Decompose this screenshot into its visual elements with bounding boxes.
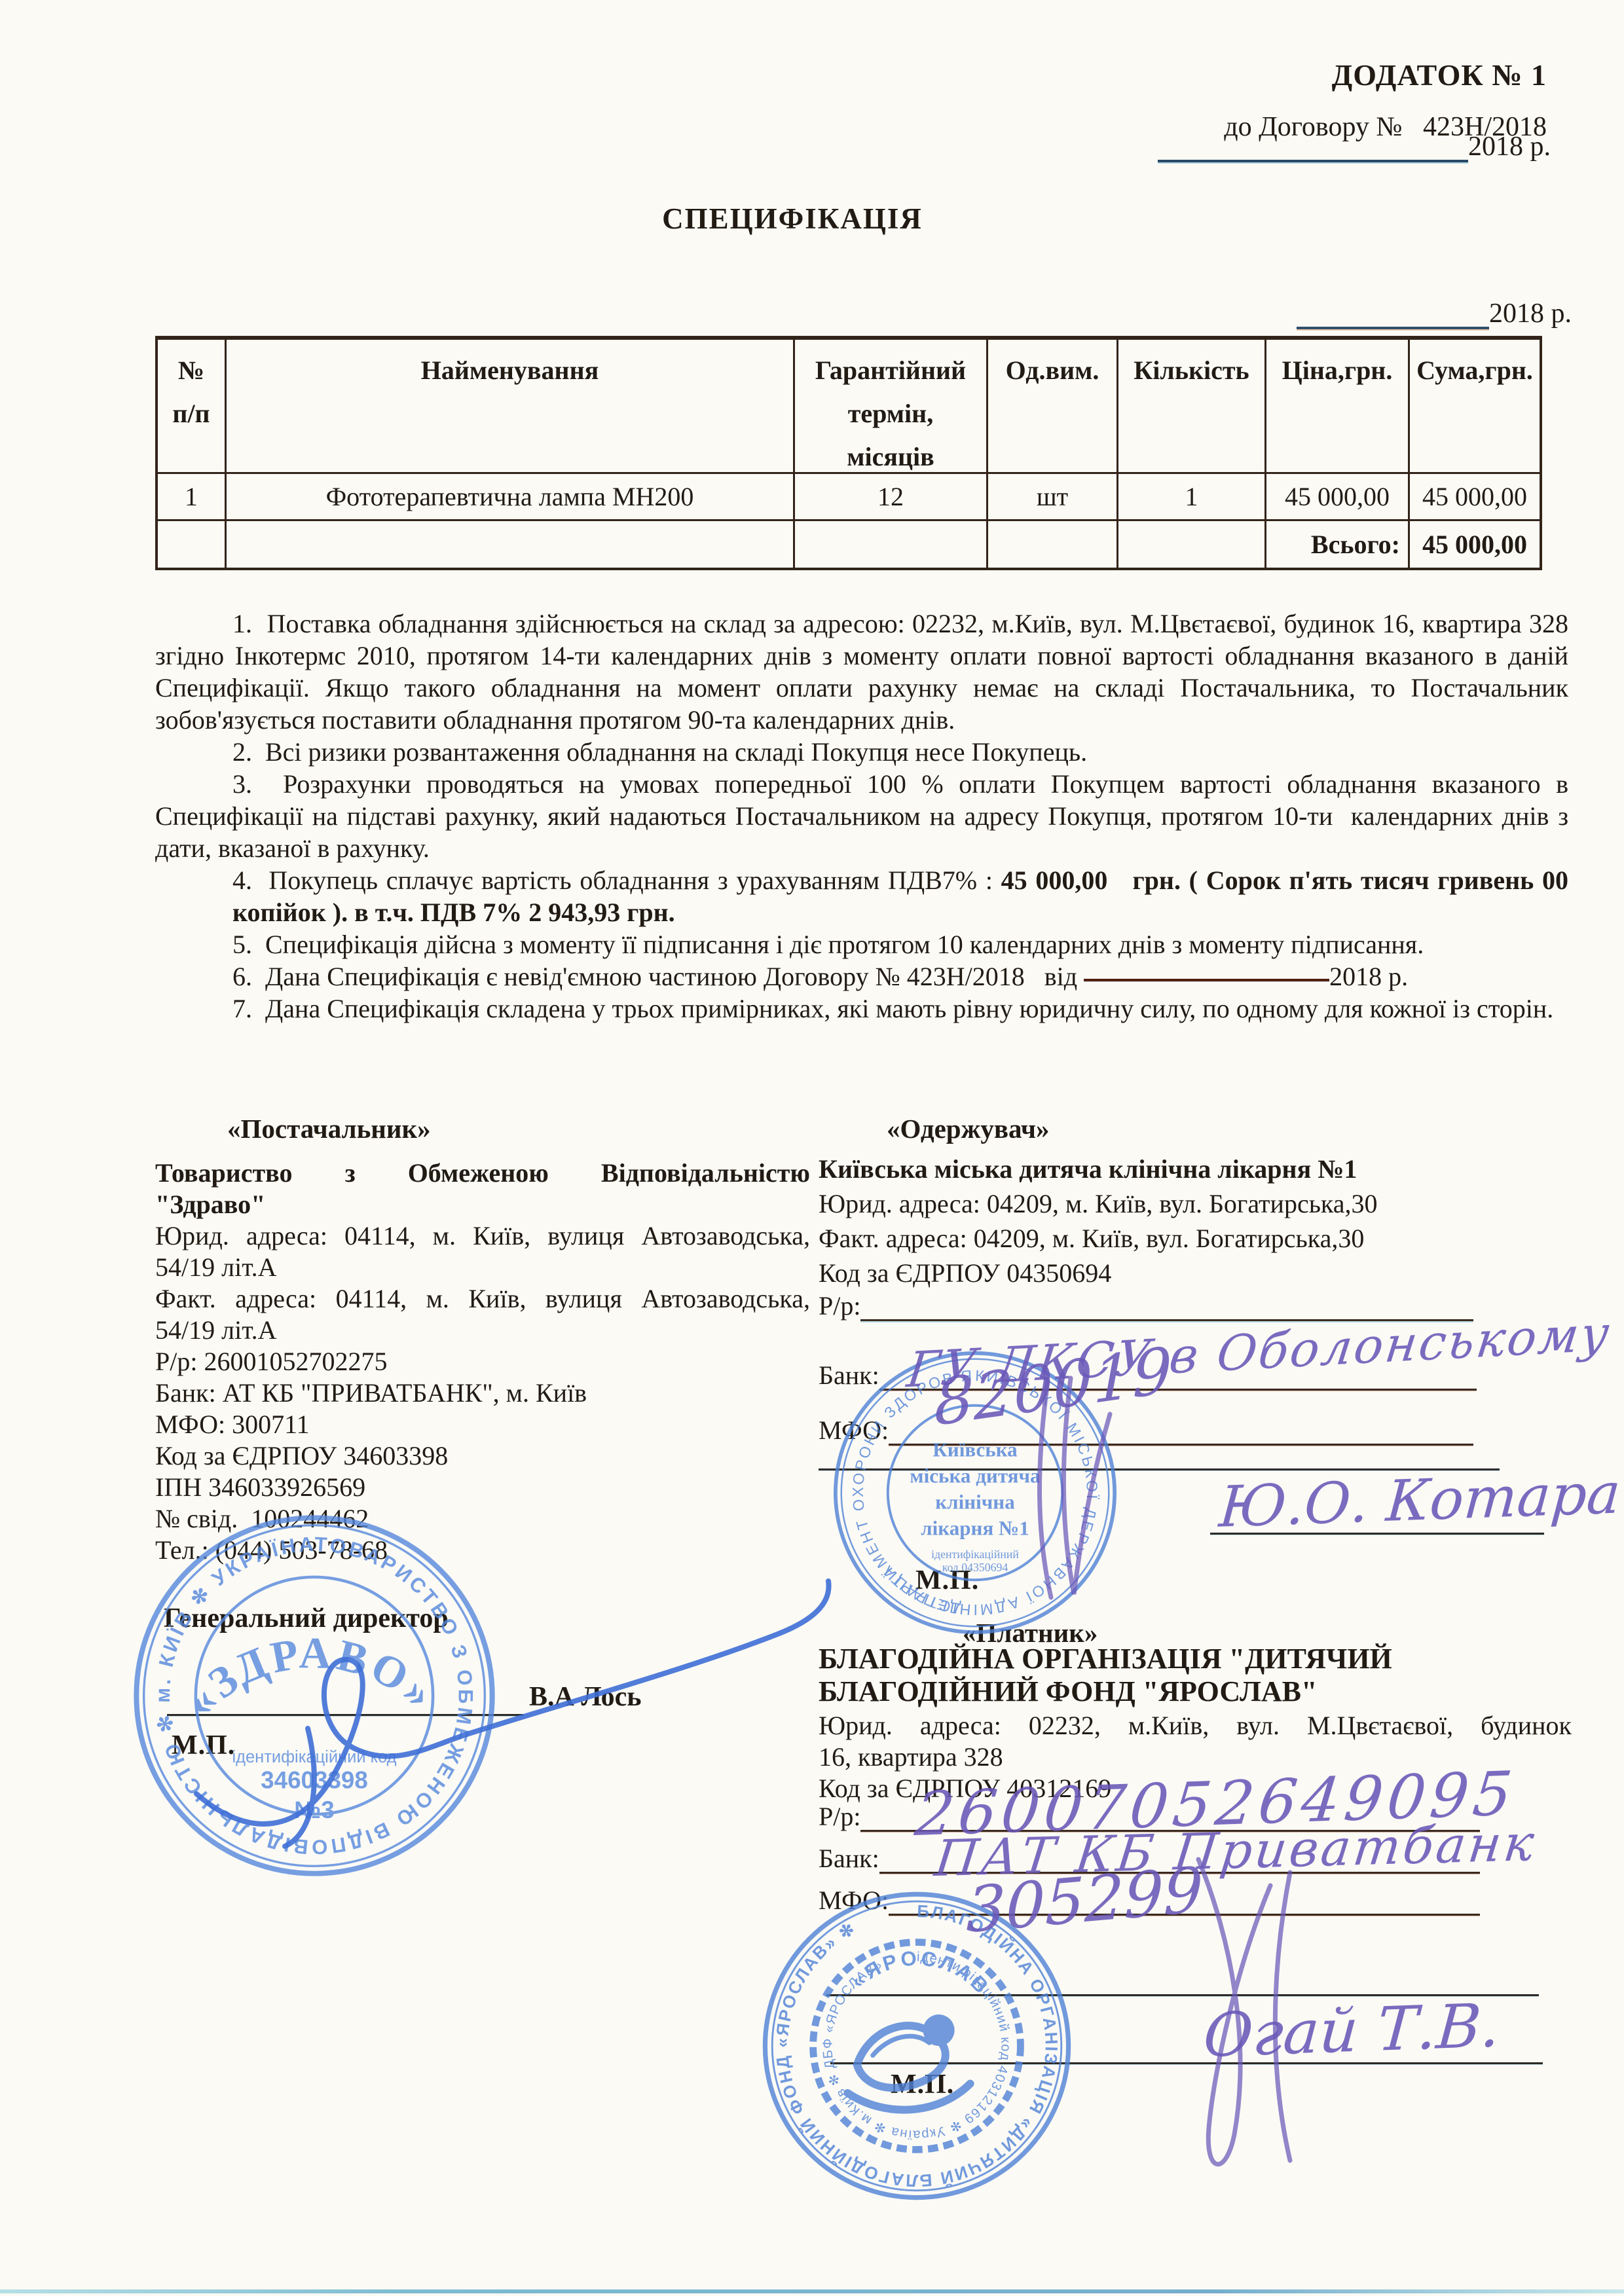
term-6-blank-line: [1084, 979, 1329, 981]
row-cell-qty: 1: [1118, 474, 1266, 521]
scan-bottom-edge: [0, 2289, 1624, 2293]
total-label: Всього:: [1266, 521, 1410, 568]
spec-table: №п/п Найменування Гарантійнийтермін,міся…: [155, 336, 1542, 570]
supplier-name-line1: Товариство з Обмеженою Відповідальністю: [155, 1157, 810, 1188]
term-7: 7. Дана Специфікація складена у трьох пр…: [155, 993, 1568, 1025]
supplier-line: Банк: АТ КБ "ПРИВАТБАНК", м. Київ: [155, 1377, 587, 1409]
supplier-line: Р/р: 26001052702275: [155, 1346, 387, 1377]
payer-name-line2: БЛАГОДІЙНИЙ ФОНД "ЯРОСЛАВ": [819, 1676, 1317, 1707]
receiver-line: Юрид. адреса: 04209, м. Київ, вул. Богат…: [819, 1188, 1378, 1220]
document-page: ДОДАТОК № 1 до Договору № 423Н/2018 2018…: [0, 0, 1624, 2296]
col-header-sum: Сума,грн.: [1410, 340, 1540, 474]
receiver-heading: «Одержувач»: [887, 1113, 1049, 1144]
col-header-qty: Кількість: [1118, 340, 1266, 474]
receiver-line: Код за ЄДРПОУ 04350694: [819, 1258, 1111, 1289]
supplier-line: МФО: 300711: [155, 1409, 310, 1440]
supplier-line: Юрид. адреса: 04114, м. Київ, вулиця Авт…: [155, 1220, 810, 1251]
spec-year: 2018 р.: [1489, 298, 1572, 329]
col-header-num: №п/п: [158, 340, 227, 474]
appendix-title: ДОДАТОК № 1: [1332, 58, 1547, 92]
header-date-row: 2018 р.: [1158, 131, 1551, 162]
col-header-unit: Од.вим.: [988, 340, 1118, 474]
supplier-line: ІПН 346033926569: [155, 1472, 365, 1503]
receiver-name: Київська міська дитяча клінічна лікарня …: [819, 1154, 1357, 1185]
spec-date-blank-line: [1297, 298, 1489, 329]
page-title: СПЕЦИФІКАЦІЯ: [0, 202, 1585, 236]
receiver-signature: Ю.О. Котара: [1217, 1461, 1623, 1540]
date-blank-line: [1158, 131, 1468, 162]
baby-in-hand-icon: [847, 2014, 970, 2110]
receiver-rr-row: Р/р:: [819, 1291, 1473, 1321]
col-header-price: Ціна,грн.: [1266, 340, 1410, 474]
col-header-warranty: Гарантійнийтермін,місяців: [795, 340, 988, 474]
payer-line: Юрид. адреса: 02232, м.Київ, вул. М.Цвєт…: [819, 1710, 1572, 1741]
term-4: 4. Покупець сплачує вартість обладнання …: [155, 864, 1568, 928]
spec-date-row: 2018 р.: [1297, 298, 1572, 329]
row-cell-num: 1: [158, 474, 227, 521]
supplier-name-line2: "Здраво": [155, 1189, 265, 1220]
supplier-line: 54/19 літ.А: [155, 1315, 277, 1346]
term-5: 5. Специфікація дійсна з моменту її підп…: [155, 928, 1568, 960]
header-year: 2018 р.: [1468, 131, 1551, 162]
col-header-name: Найменування: [227, 340, 795, 474]
term-2: 2. Всі ризики розвантаження обладнання н…: [155, 736, 1568, 768]
row-cell-warranty: 12: [795, 474, 988, 521]
terms-block: 1. Поставка обладнання здійснюється на с…: [155, 608, 1568, 1025]
supplier-heading: «Постачальник»: [227, 1113, 431, 1144]
payer-pen-strokes: [1080, 1846, 1408, 2213]
term-1: 1. Поставка обладнання здійснюється на с…: [155, 608, 1568, 736]
supplier-line: 54/19 літ.А: [155, 1252, 277, 1283]
supplier-line: Код за ЄДРПОУ 34603398: [155, 1440, 448, 1472]
row-cell-price: 45 000,00: [1266, 474, 1410, 521]
total-value: 45 000,00: [1410, 521, 1540, 568]
payer-name-line1: БЛАГОДІЙНА ОРГАНІЗАЦІЯ "ДИТЯЧИЙ: [819, 1643, 1392, 1675]
supplier-signature-strokes: [151, 1532, 871, 1872]
receiver-line: Факт. адреса: 04209, м. Київ, вул. Богат…: [819, 1223, 1364, 1254]
row-cell-name: Фототерапевтична лампа МН200: [227, 474, 795, 521]
receiver-rr-blank: [860, 1289, 1473, 1321]
receiver-pen-strokes: [950, 1362, 1211, 1637]
term-6: 6. Дана Специфікація є невід'ємною части…: [155, 960, 1568, 993]
row-cell-sum: 45 000,00: [1410, 474, 1540, 521]
term-3: 3. Розрахунки проводяться на умовах попе…: [155, 768, 1568, 864]
row-cell-unit: шт: [988, 474, 1118, 521]
supplier-line: Факт. адреса: 04114, м. Київ, вулиця Авт…: [155, 1283, 810, 1314]
